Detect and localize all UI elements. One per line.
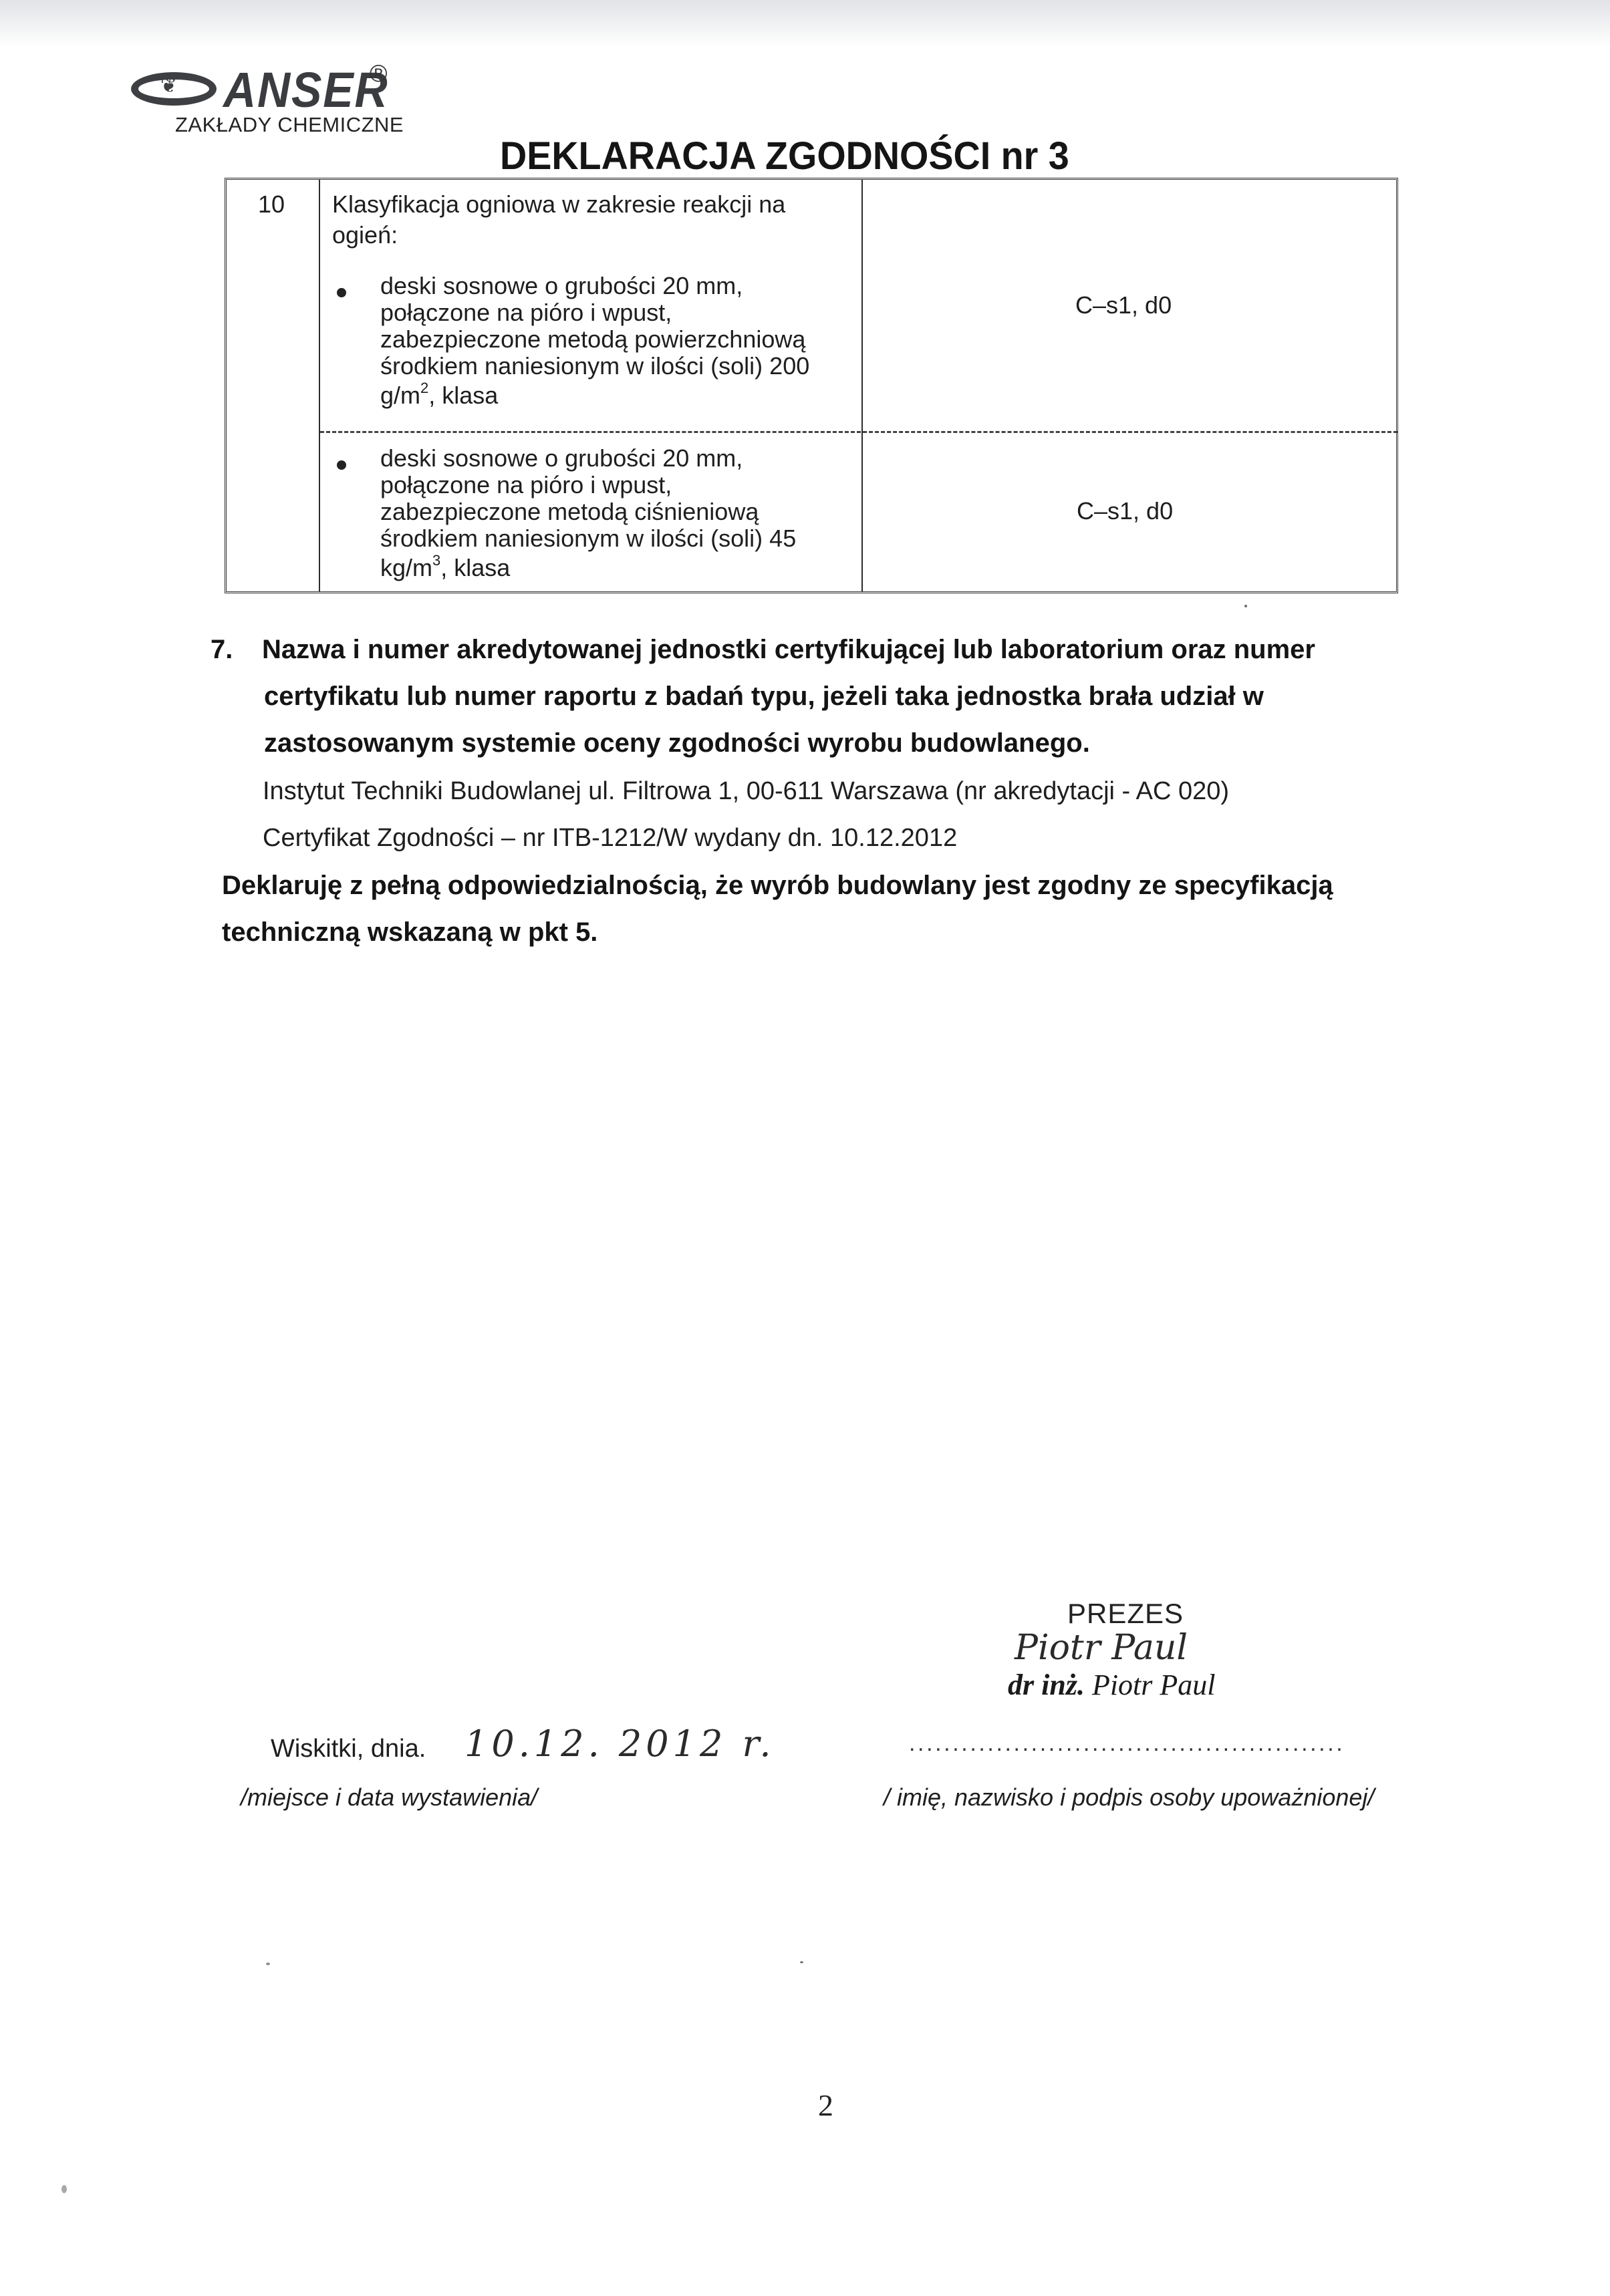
handwritten-signature: Piotr Paul [1015,1630,1188,1665]
stamp-name-prefix: dr inż. [1008,1669,1085,1701]
column-divider [319,180,320,591]
certifying-body: Instytut Techniki Budowlanej ul. Filtrow… [263,778,1229,804]
declaration-line: techniczną wskazaną w pkt 5. [222,919,597,946]
scan-speck [61,2185,67,2193]
page-number: 2 [818,2090,833,2121]
scan-speck [1244,605,1247,607]
item-unit-line: g/m2, klasa [380,380,498,411]
bird-icon: ❦ [160,76,177,96]
registered-mark: ® [370,61,388,86]
heading-line: ogień: [332,220,398,251]
bullet-icon [337,460,346,470]
signature-line: ........................................… [909,1732,1345,1755]
scan-shadow [0,0,1610,47]
item-line: środkiem naniesionym w ilości (soli) 45 [380,523,796,554]
section-heading-line: Nazwa i numer akredytowanej jednostki ce… [262,636,1315,663]
unit-prefix: kg/m [380,554,432,581]
item-line: środkiem naniesionym w ilości (soli) 200 [380,351,809,382]
item-unit-line: kg/m3, klasa [380,553,510,583]
row-number: 10 [258,189,285,220]
stamp-title: PREZES [1067,1600,1184,1628]
handwritten-date: 10.12. 2012 r. [464,1726,775,1762]
unit-suffix: , klasa [440,554,510,581]
unit-exponent: 2 [420,380,428,396]
section-number: 7. [211,636,233,663]
unit-prefix: g/m [380,382,420,409]
document-title: DEKLARACJA ZGODNOŚCI nr 3 [500,137,1069,176]
bullet-icon [337,288,346,297]
row-separator [320,431,1397,433]
section-heading-line: certyfikatu lub numer raportu z badań ty… [264,683,1264,710]
declaration-line: Deklaruję z pełną odpowiedzialnością, że… [222,872,1333,899]
classification-value: C–s1, d0 [1075,290,1172,321]
certificate-number: Certyfikat Zgodności – nr ITB-1212/W wyd… [263,825,957,851]
classification-table: 10 Klasyfikacja ogniowa w zakresie reakc… [225,178,1398,593]
classification-value: C–s1, d0 [1077,496,1173,527]
scan-speck [266,1963,270,1965]
section-heading-line: zastosowanym systemie oceny zgodności wy… [264,730,1090,756]
stamp-name: dr inż. Piotr Paul [1008,1671,1216,1700]
logo-subtitle: ZAKŁADY CHEMICZNE [175,114,404,135]
logo-brand: ANSER [223,65,389,115]
place-label: Wiskitki, dnia. [271,1736,426,1761]
unit-exponent: 3 [432,552,440,569]
heading-line: Klasyfikacja ogniowa w zakresie reakcji … [332,189,785,220]
scan-speck [800,1961,803,1963]
stamp-name-value: Piotr Paul [1092,1669,1216,1701]
signature-caption: / imię, nazwisko i podpis osoby upoważni… [884,1785,1374,1810]
place-date-caption: /miejsce i data wystawienia/ [241,1785,537,1810]
column-divider [861,180,863,591]
unit-suffix: , klasa [428,382,498,409]
